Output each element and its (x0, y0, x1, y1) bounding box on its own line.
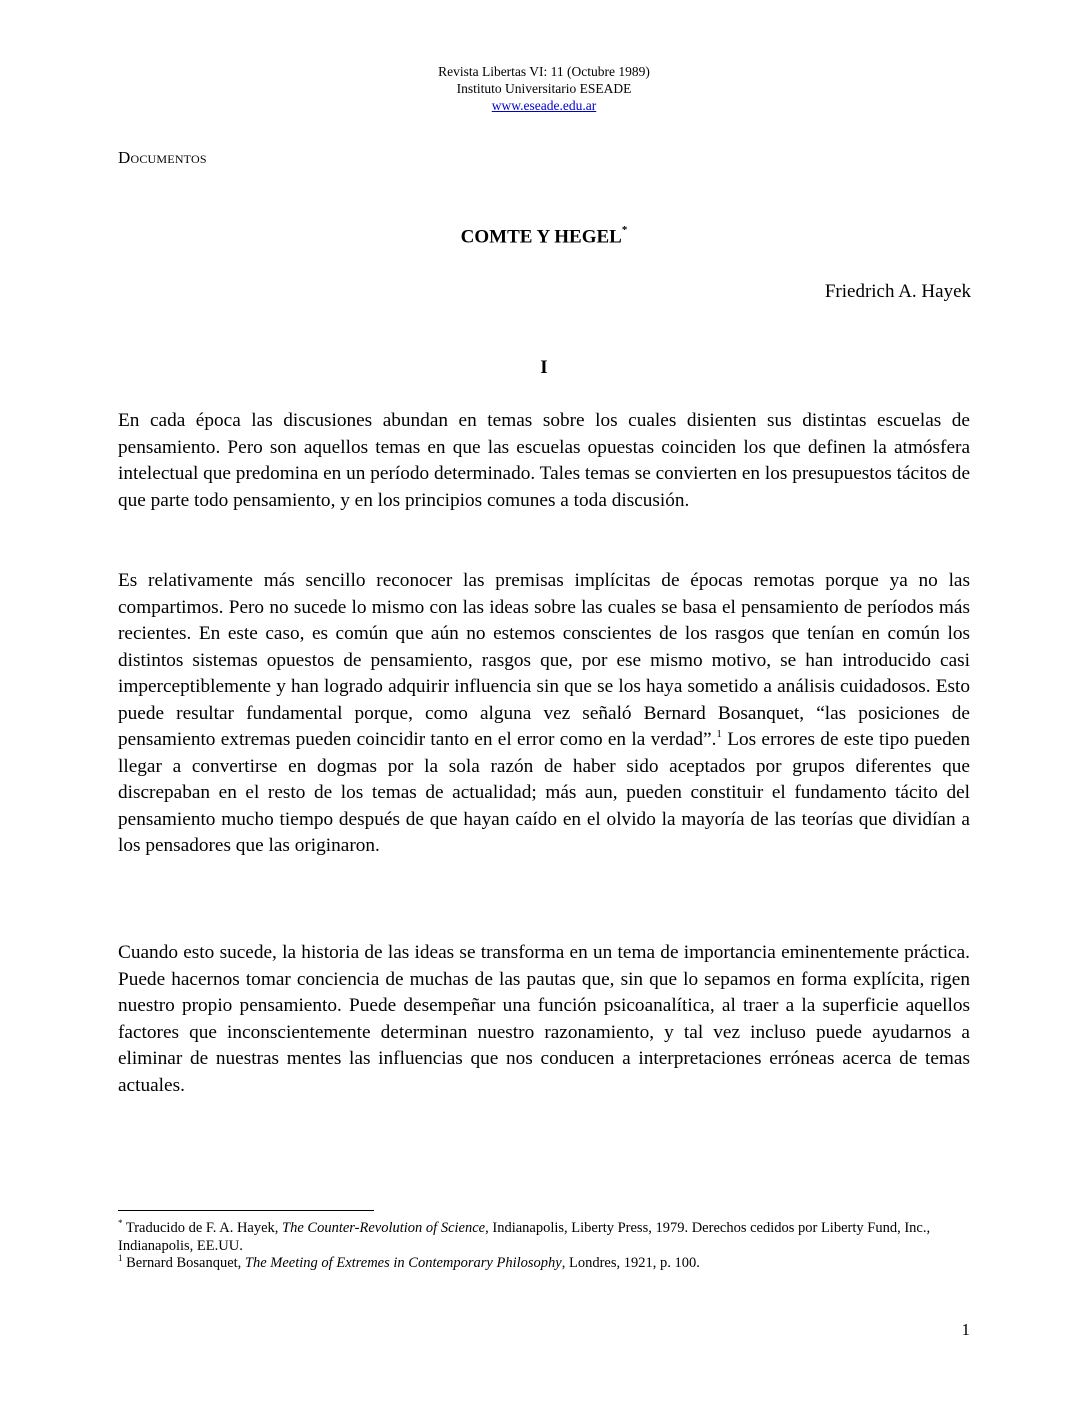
footnote-text: , Londres, 1921, p. 100. (562, 1255, 700, 1271)
paragraph-text: En cada época las discusiones abundan en… (118, 408, 970, 514)
paragraph-text-part: Es relativamente más sencillo reconocer … (118, 570, 970, 750)
footnotes: * Traducido de F. A. Hayek, The Counter-… (118, 1220, 978, 1273)
page-number: 1 (962, 1320, 971, 1340)
footnote-reference-1[interactable]: 1 (716, 728, 722, 740)
paragraph-3: Cuando esto sucede, la historia de las i… (118, 940, 970, 1099)
paragraph-2: Es relativamente más sencillo reconocer … (118, 568, 970, 860)
footnote-divider (118, 1210, 374, 1211)
paragraph-text: Es relativamente más sencillo reconocer … (118, 568, 970, 860)
title-footnote-mark[interactable]: * (622, 224, 628, 236)
website-link[interactable]: www.eseade.edu.ar (492, 98, 596, 113)
article-title: COMTE Y HEGEL* (0, 226, 1088, 248)
section-label: Documentos (118, 148, 207, 168)
footnote-1: 1 Bernard Bosanquet, The Meeting of Extr… (118, 1255, 978, 1273)
paragraph-1: En cada época las discusiones abundan en… (118, 408, 970, 514)
author-name: Friedrich A. Hayek (825, 281, 971, 303)
institution-name: Instituto Universitario ESEADE (0, 80, 1088, 97)
book-title: The Meeting of Extremes in Contemporary … (245, 1255, 562, 1271)
book-title: The Counter-Revolution of Science (282, 1220, 485, 1236)
paragraph-text: Cuando esto sucede, la historia de las i… (118, 940, 970, 1099)
section-number: I (0, 357, 1088, 379)
journal-issue: Revista Libertas VI: 11 (Octubre 1989) (0, 63, 1088, 80)
article-title-text: COMTE Y HEGEL (461, 226, 622, 247)
footnote-text: Traducido de F. A. Hayek, (123, 1220, 283, 1236)
journal-header: Revista Libertas VI: 11 (Octubre 1989) I… (0, 63, 1088, 114)
footnote-star: * Traducido de F. A. Hayek, The Counter-… (118, 1220, 978, 1255)
footnote-text: Bernard Bosanquet, (123, 1255, 245, 1271)
